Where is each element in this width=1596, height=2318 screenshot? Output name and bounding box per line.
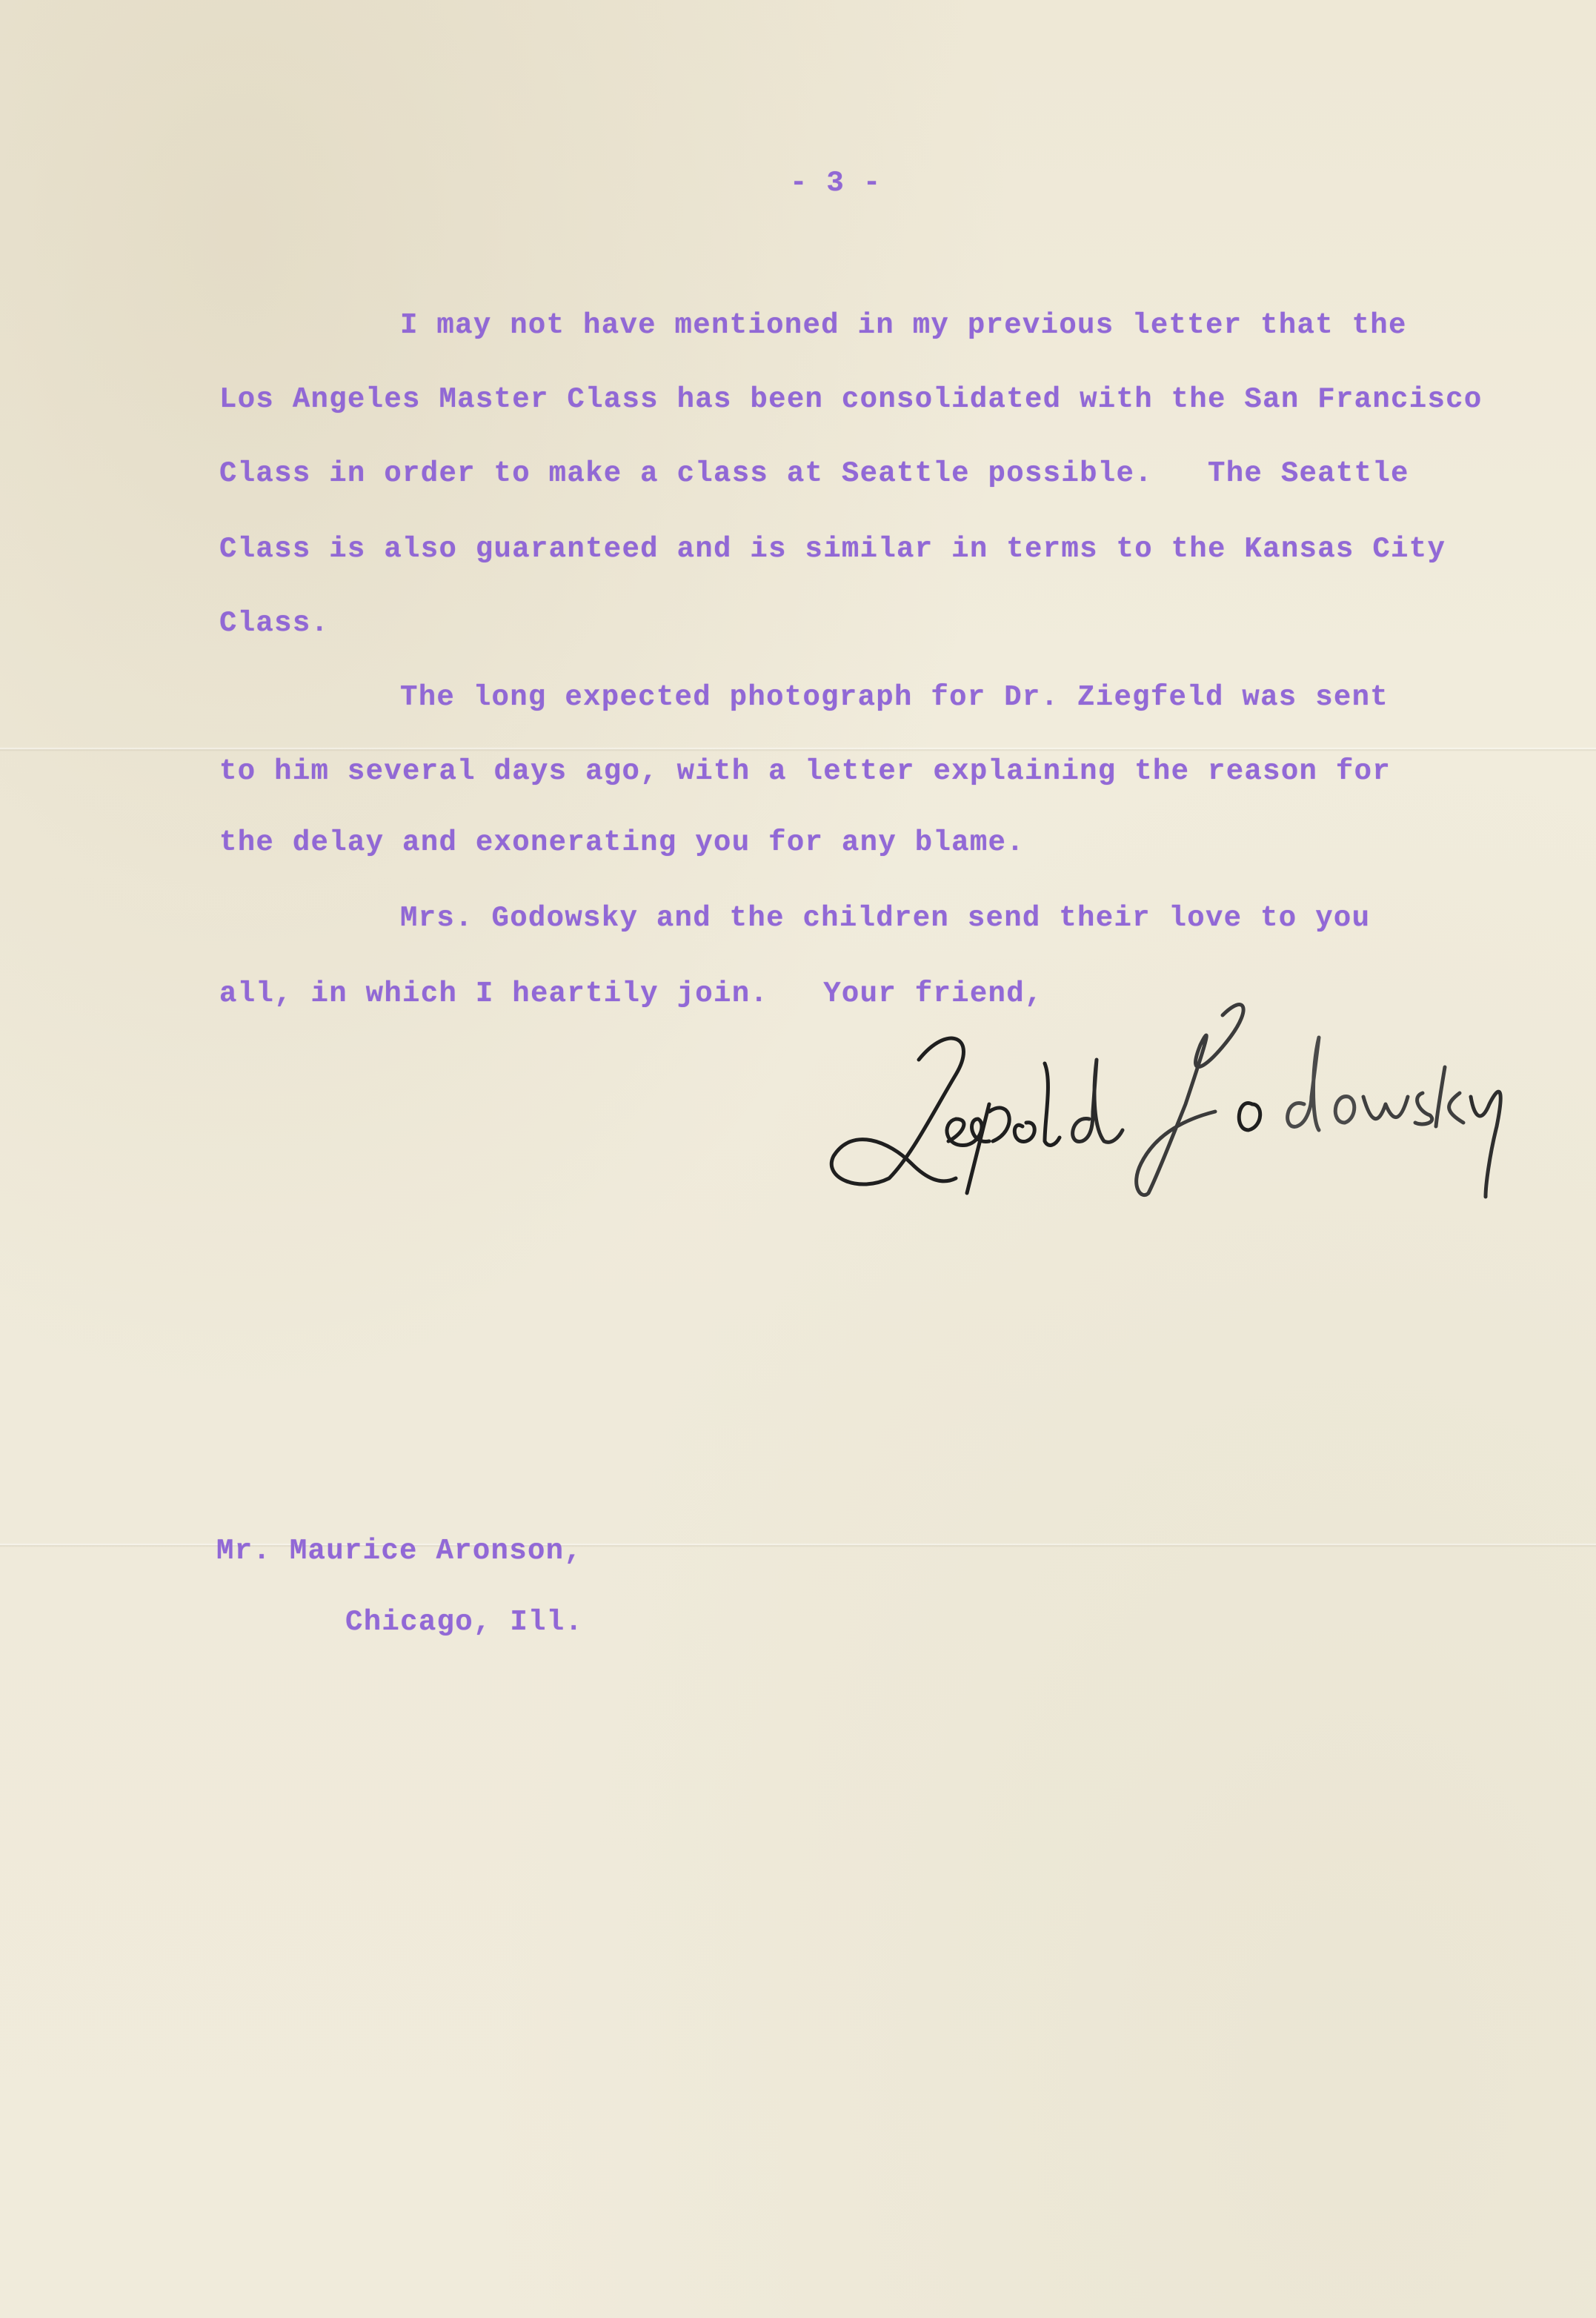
recipient-name: Mr. Maurice Aronson, — [216, 1537, 582, 1566]
body-line: Class in order to make a class at Seattl… — [219, 459, 1409, 488]
body-line: Los Angeles Master Class has been consol… — [219, 385, 1483, 414]
body-line: the delay and exonerating you for any bl… — [219, 828, 1025, 857]
body-line: Class is also guaranteed and is similar … — [219, 535, 1446, 564]
handwritten-signature — [800, 993, 1512, 1200]
body-line: Class. — [219, 609, 329, 638]
body-line: The long expected photograph for Dr. Zie… — [400, 683, 1389, 712]
page-number: - 3 - — [790, 169, 882, 198]
recipient-city: Chicago, Ill. — [345, 1608, 583, 1637]
body-line: I may not have mentioned in my previous … — [400, 311, 1407, 340]
paper-fold-line — [0, 747, 1596, 751]
letter-page: - 3 - I may not have mentioned in my pre… — [0, 0, 1596, 2318]
body-line: to him several days ago, with a letter e… — [219, 757, 1391, 786]
body-line: Mrs. Godowsky and the children send thei… — [400, 904, 1370, 933]
